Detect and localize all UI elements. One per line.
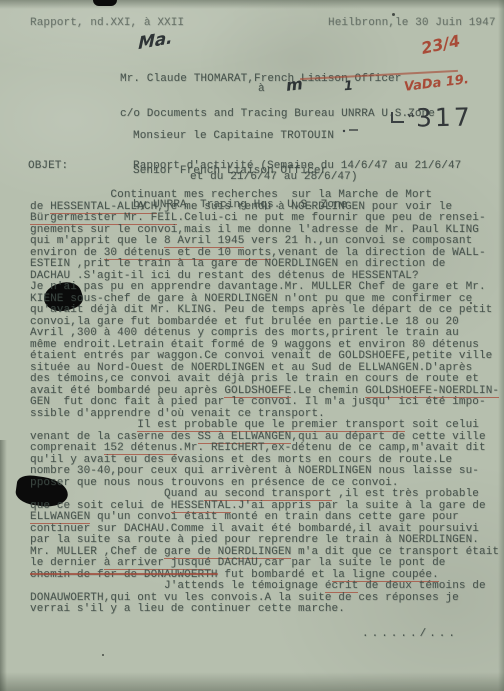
text-segment: de deux témoins de (358, 580, 485, 592)
text-segment: ,venant de la direction de WALL- (271, 247, 485, 259)
report-reference: Rapport, nd.XXI, à XXII (30, 18, 184, 30)
recipient2-line1: Monsieur le Capitaine TROTOUIN (133, 131, 347, 143)
text-segment: ,je me suis rendu à NOERDLINGEN pour voi… (157, 201, 452, 213)
objet-label: OBJET: (28, 161, 68, 173)
red-struck-text: chemin de fer de DONAUWOERTH (30, 569, 218, 581)
text-segment: .Le chemin (291, 385, 365, 397)
top-edge-shadow (0, 0, 504, 9)
text-segment: située au Nord-Ouest de NOERDLINGEN et a… (30, 362, 472, 374)
recipient1-line1: Mr. Claude THOMARAT,French Liaison Offic… (120, 74, 435, 86)
text-segment: avait été bombardé peu après (30, 385, 224, 397)
paper-speck (392, 13, 395, 16)
scanner-artifact-mark (93, 0, 117, 6)
pencil-dash-dot (341, 126, 361, 136)
text-segment: ESTEIN ,prit le train à la gare de NOERD… (30, 258, 445, 270)
text-segment: qu'il y avait eu des évasions et des mor… (30, 454, 452, 466)
text-segment: .Celui-ci ne put me fournir que peu de r… (177, 212, 485, 224)
typed-a: à (258, 84, 265, 96)
text-segment: le dernier (30, 557, 104, 569)
text-segment: convoi,la gare fut bombardée et fut brul… (30, 316, 459, 328)
text-segment: vers 21 h.,un convoi se composant (244, 235, 472, 247)
text-segment: même endroit.Letrain était formé de 9 wa… (30, 339, 479, 351)
text-segment: DACHAU .S'agit-il ici du restant des dét… (30, 270, 419, 282)
text-segment: Continuant mes recherches sur la Marche … (30, 189, 432, 201)
text-segment: DACHAU,car par la suite le pont de (211, 557, 446, 569)
text-segment: venant de la caserne des (30, 431, 198, 443)
text-segment: étaient entrés par waggon.Ce convoi vena… (30, 350, 492, 362)
bottom-edge-shadow (0, 672, 504, 691)
text-segment: m'a dit que ce transport était (291, 546, 499, 558)
text-segment: ssible d'apprendre d'où venait ce transp… (30, 408, 325, 420)
text-segment: pposer que nous nous trouvons en présenc… (30, 477, 399, 489)
text-segment: Mr. MULLER ,Chef de (30, 546, 164, 558)
report-body: Continuant mes recherches sur la Marche … (30, 190, 499, 616)
text-segment: nombre 30-40,pour ceux qui arrivèrent à … (30, 465, 479, 477)
text-segment: qui m'apprit que le (30, 235, 164, 247)
text-segment: KIENE sous-chef de gare à NOERDLINGEN n'… (30, 293, 472, 305)
text-segment: Avril ,300 à 400 détenus y compris des m… (30, 327, 459, 339)
text-segment: Quand (30, 488, 204, 500)
text-segment: continuer sur DACHAU.Comme il avait été … (30, 523, 479, 535)
text-segment: .Mr. REICHERT,ex-détenu de ce camp,m'ava… (177, 442, 485, 454)
pencil-number: 317 (416, 103, 473, 133)
text-segment: ,il est très probable (332, 488, 479, 500)
text-segment (30, 419, 137, 431)
text-segment: soit celui (405, 419, 479, 431)
text-segment: de (30, 201, 50, 213)
handwritten-m: m (285, 74, 304, 95)
text-segment: que ce soit celui de (30, 500, 171, 512)
text-segment: qu'un convoi était monté en train dans c… (90, 511, 459, 523)
text-segment: gnements sur le convoi,mais il me donne … (30, 224, 479, 236)
text-segment: .J'ai appris par la suite à la gare de (231, 500, 486, 512)
place-and-date: Heilbronn,le 30 Juin 1947 (328, 18, 496, 30)
pencil-mark (388, 110, 414, 128)
text-segment: environ de (30, 247, 104, 259)
objet-line2: et du 21/6/47 au 28/6/47) (190, 172, 358, 184)
text-segment: DONAUWOERTH,qui ont vu les convois.A la … (30, 592, 459, 604)
text-segment: verrai s'il y a lieu de continuer cette … (30, 603, 345, 615)
text-segment: J'attends le témoignage (30, 580, 325, 592)
body-line: verrai s'il y a lieu de continuer cette … (30, 604, 499, 616)
text-segment: par la suite sa route à pied pour repren… (30, 534, 479, 546)
text-segment: ,qui au départ de cette ville (291, 431, 485, 443)
text-segment: GEN fut donc fait à pied par le convoi. … (30, 396, 486, 408)
handwritten-one: 1 (343, 79, 353, 95)
text-segment: comprenait (30, 442, 104, 454)
text-segment: fut bombardé et (218, 569, 332, 581)
text-segment: qu'avait déjà dit Mr. KLING. Peu de temp… (30, 304, 492, 316)
scanned-document-page: Rapport, nd.XXI, à XXII Heilbronn,le 30 … (0, 0, 504, 691)
text-segment: Je n'ai pas pu en apprendre davantage.Mr… (30, 281, 486, 293)
continuation-mark: ....../... (362, 629, 458, 641)
paper-speck (102, 654, 104, 656)
left-edge-shadow (0, 440, 7, 691)
text-segment: des témoins,ce convoi avait déjà pris le… (30, 373, 479, 385)
